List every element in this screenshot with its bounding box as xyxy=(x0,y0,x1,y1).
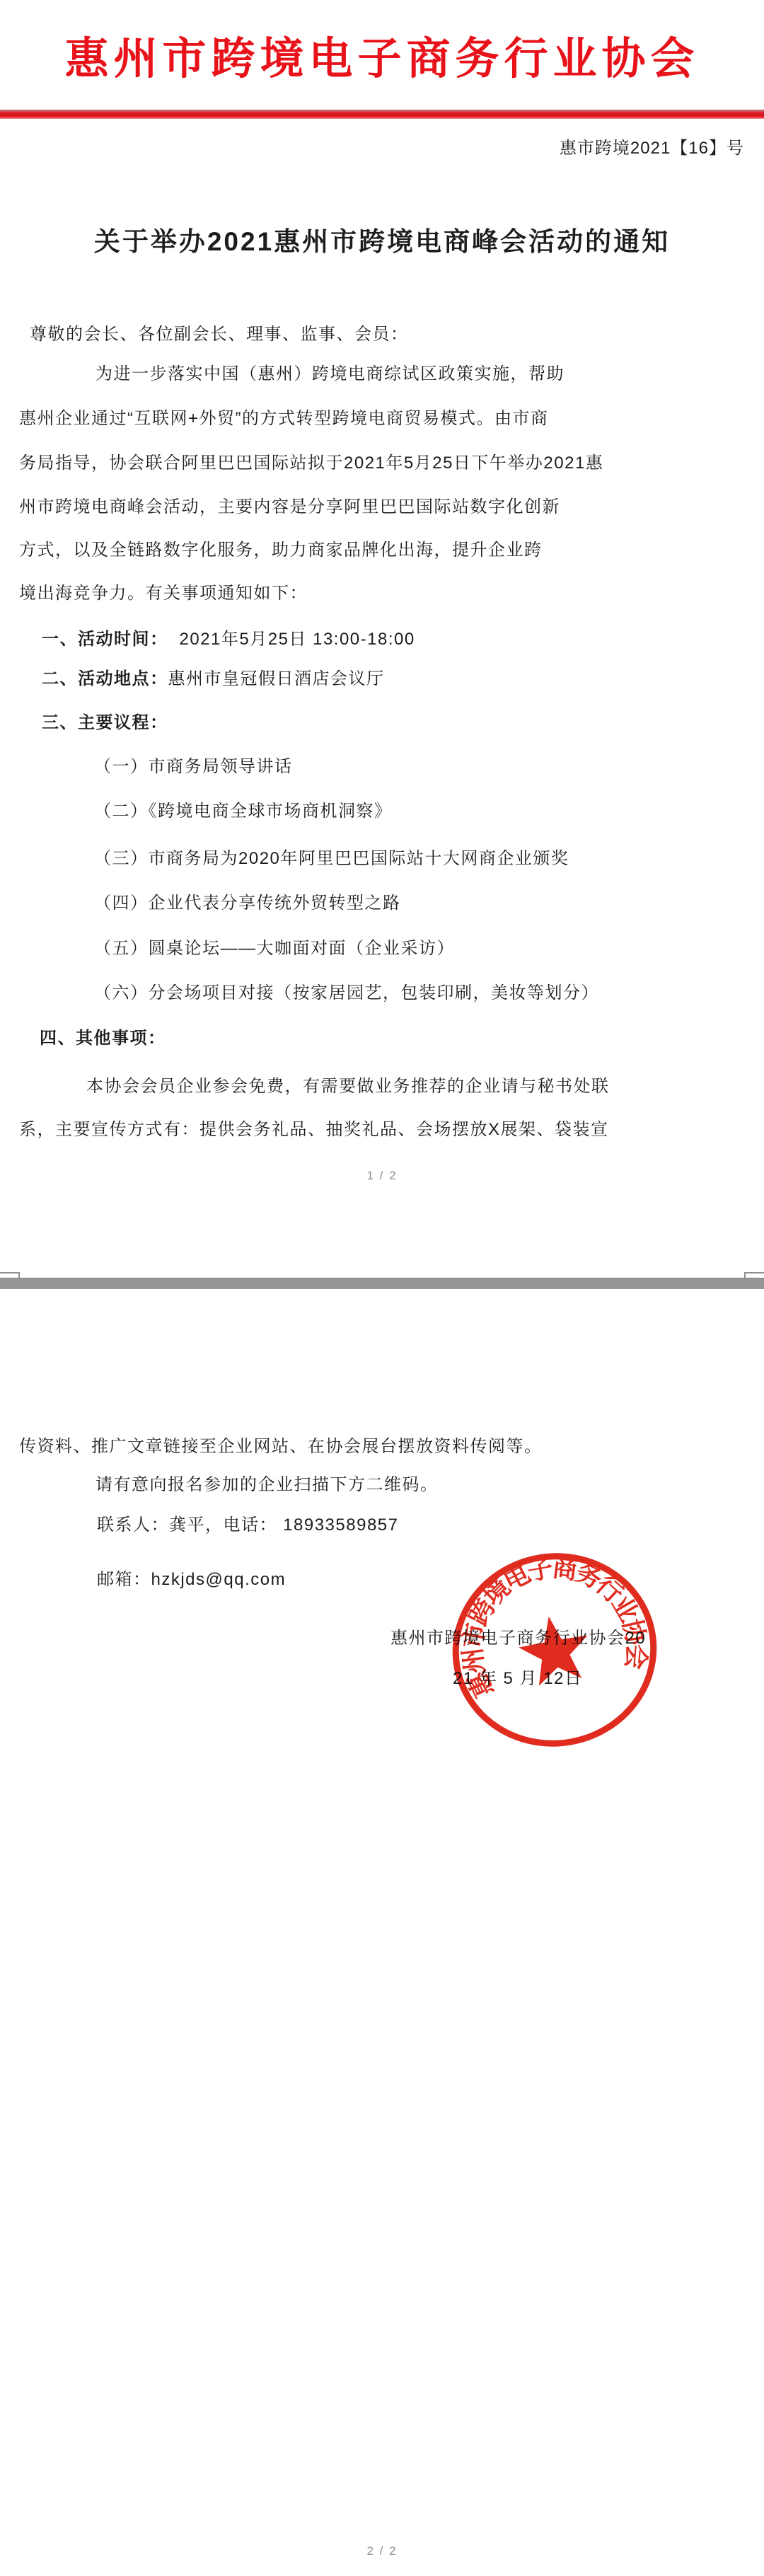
para2-continuation: 传资料、推广文章链接至企业网站、在协会展台摆放资料传阅等。 xyxy=(19,1436,543,1457)
agenda-item-2: （二）《跨境电商全球市场商机洞察》 xyxy=(94,801,393,822)
page1-footer: 1 / 2 xyxy=(0,1169,764,1183)
item-place-label: 二、活动地点： xyxy=(42,669,168,688)
para1-line-5: 方式，以及全链路数字化服务，助力商家品牌化出海，提升企业跨 xyxy=(19,540,543,561)
para2-line-1: 本协会会员企业参会免费，有需要做业务推荐的企业请与秘书处联 xyxy=(86,1076,610,1097)
item-place: 二、活动地点：惠州市皇冠假日酒店会议厅 xyxy=(42,669,385,690)
agenda-item-3: （三）市商务局为2020年阿里巴巴国际站十大网商企业颁奖 xyxy=(94,848,569,870)
para1-line-1: 为进一步落实中国（惠州）跨境电商综试区政策实施，帮助 xyxy=(95,364,565,385)
para1-line-6: 境出海竞争力。有关事项通知如下： xyxy=(19,583,308,604)
agenda-item-6: （六）分会场项目对接（按家居园艺，包装印刷，美妆等划分） xyxy=(94,983,599,1004)
contact-line: 联系人：龚平，电话： 18933589857 xyxy=(97,1515,399,1536)
para1-line-3: 务局指导，协会联合阿里巴巴国际站拟于2021年5月25日下午举办2021惠 xyxy=(19,453,603,474)
agenda-item-1: （一）市商务局领导讲话 xyxy=(94,756,293,778)
letterhead-rule xyxy=(0,110,764,119)
doc-number: 惠市跨境2021【16】号 xyxy=(560,134,744,158)
email-line: 邮箱：hzkjds@qq.com xyxy=(97,1569,286,1590)
para2-line-2: 系，主要宣传方式有：提供会务礼品、抽奖礼品、会场摆放X展架、袋装宣 xyxy=(19,1119,609,1140)
doc-title: 关于举办2021惠州市跨境电商峰会活动的通知 xyxy=(0,220,764,258)
page2-footer: 2 / 2 xyxy=(0,2544,764,2558)
item-other-label: 四、其他事项： xyxy=(40,1028,166,1049)
agenda-item-5: （五）圆桌论坛——大咖面对面（企业采访） xyxy=(94,938,455,959)
qr-note-line: 请有意向报名参加的企业扫描下方二维码。 xyxy=(95,1474,439,1496)
official-seal: 惠州市跨境电子商务行业协会 xyxy=(448,1551,661,1749)
item-time-label: 一、活动时间： xyxy=(42,630,168,649)
item-time: 一、活动时间：2021年5月25日 13:00-18:00 xyxy=(42,629,415,650)
document-preview: 惠州市跨境电子商务行业协会 惠市跨境2021【16】号 关于举办2021惠州市跨… xyxy=(0,0,764,2576)
greeting-line: 尊敬的会长、各位副会长、理事、监事、会员： xyxy=(30,324,409,345)
page-separator-bar xyxy=(0,1278,764,1289)
agenda-item-4: （四）企业代表分享传统外贸转型之路 xyxy=(94,893,401,914)
item-agenda-label: 三、主要议程： xyxy=(42,712,168,734)
seal-star-icon xyxy=(514,1610,595,1688)
para1-line-4: 州市跨境电商峰会活动，主要内容是分享阿里巴巴国际站数字化创新 xyxy=(19,497,560,518)
item-time-value: 2021年5月25日 13:00-18:00 xyxy=(180,630,415,649)
letterhead-org-name: 惠州市跨境电子商务行业协会 xyxy=(0,35,764,83)
para1-line-2: 惠州企业通过“互联网+外贸”的方式转型跨境电商贸易模式。由市商 xyxy=(19,408,549,429)
item-place-value: 惠州市皇冠假日酒店会议厅 xyxy=(168,669,385,688)
